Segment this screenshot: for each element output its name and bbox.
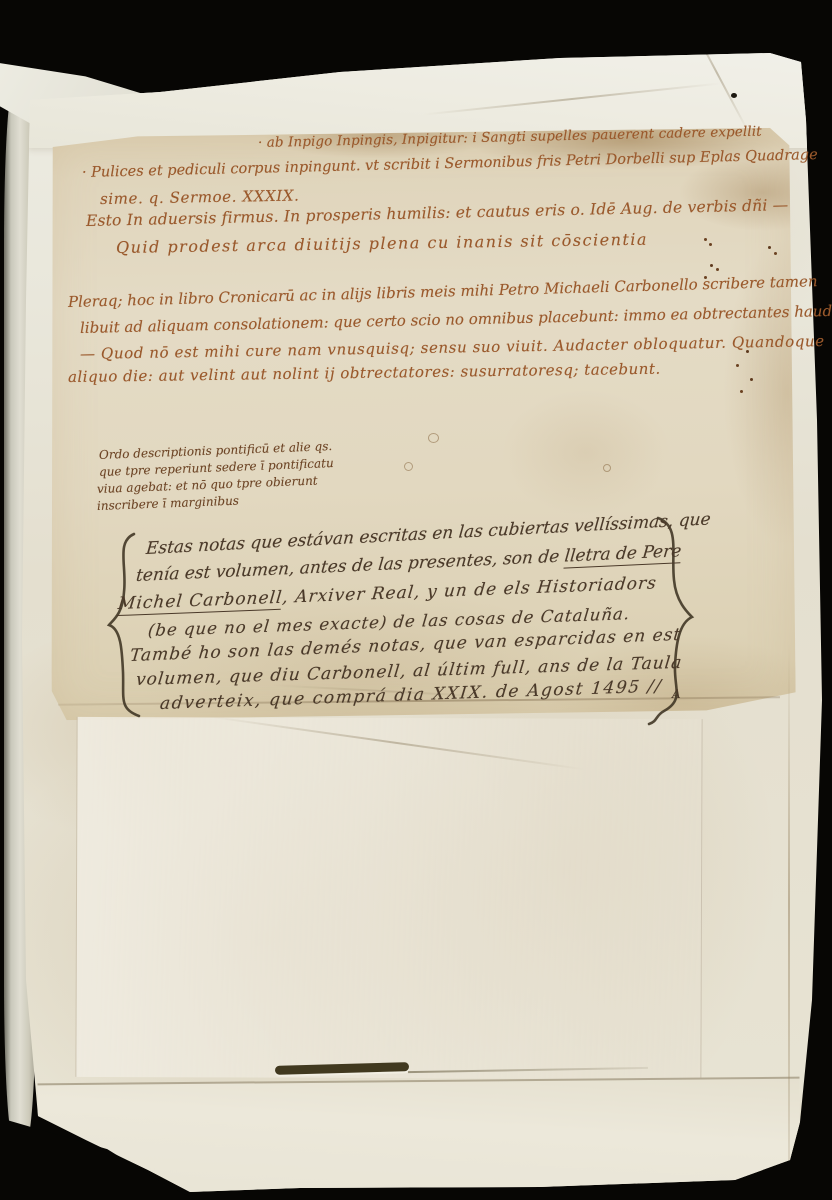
handwriting-line: · Pulices et pediculi corpus inpingunt. … — [82, 148, 818, 180]
left-brace-mark — [100, 530, 150, 720]
handwriting-line: — Quod nō est mihi cure nam vnusquisq; s… — [80, 334, 825, 362]
handwriting-line: · ab Inpigo Inpingis, Inpigitur: i Sangt… — [258, 126, 762, 151]
handwriting-line: Quid prodest arca diuitijs plena cu inan… — [116, 232, 648, 256]
margin-mark: A — [672, 688, 681, 700]
handwriting-segment: , Arxiver Real, y un de els Historiadors — [281, 573, 657, 607]
manuscript-photo: · ab Inpigo Inpingis, Inpigitur: i Sangt… — [0, 0, 832, 1200]
handwriting-line: aliquo die: aut velint aut nolint ij obt… — [68, 362, 661, 385]
handwriting-line: sime. q. Sermoe. XXXIX. — [100, 189, 300, 207]
handwriting-line: inscribere ī marginibus — [97, 495, 239, 512]
handwriting-line: libuit ad aliquam consolationem: que cer… — [80, 303, 832, 336]
ink-layer: · ab Inpigo Inpingis, Inpigitur: i Sangt… — [0, 0, 832, 1200]
